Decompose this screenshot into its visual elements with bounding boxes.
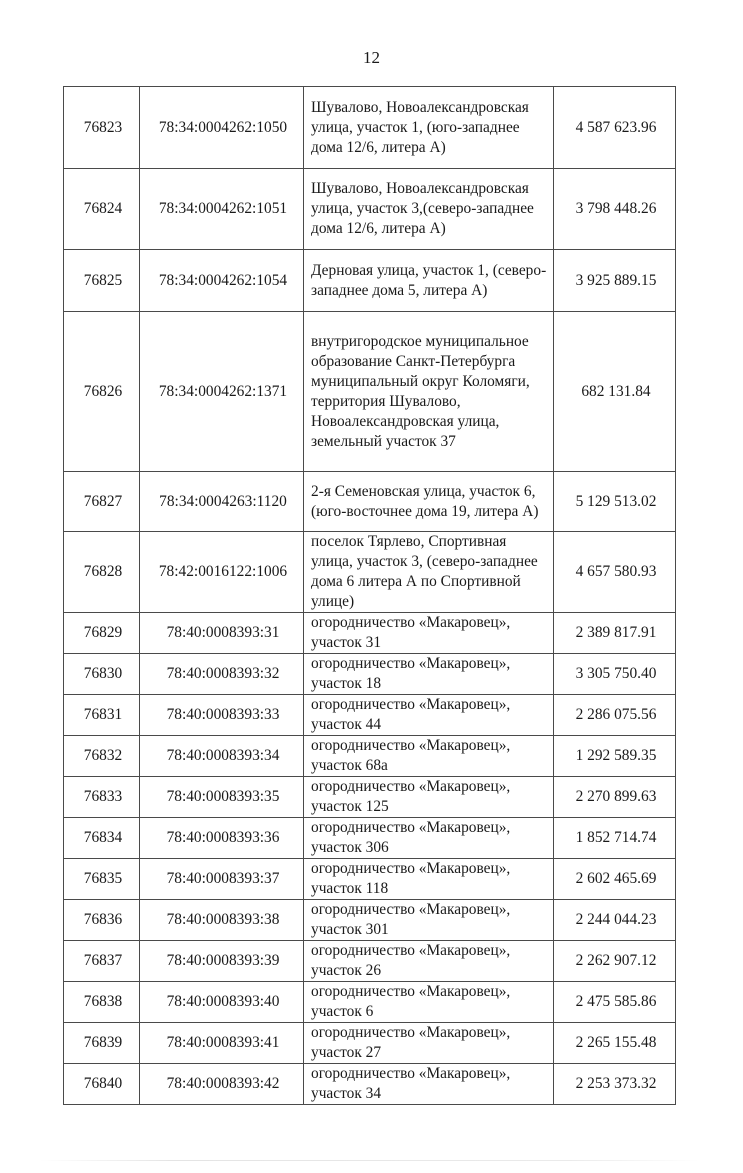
table-row: 7683678:40:0008393:38огородничество «Мак… <box>64 900 676 941</box>
table-row: 7683178:40:0008393:33огородничество «Мак… <box>64 695 676 736</box>
cadastral-number-cell: 78:34:0004262:1051 <box>140 169 304 250</box>
address-cell: огородничество «Макаровец», участок 26 <box>304 941 554 982</box>
cadastral-value-cell: 2 262 907.12 <box>554 941 676 982</box>
cadastral-number-cell: 78:40:0008393:34 <box>140 736 304 777</box>
address-cell: огородничество «Макаровец», участок 27 <box>304 1023 554 1064</box>
table-row: 7683578:40:0008393:37огородничество «Мак… <box>64 859 676 900</box>
cadastral-number-cell: 78:40:0008393:36 <box>140 818 304 859</box>
cadastral-value-cell: 2 286 075.56 <box>554 695 676 736</box>
cadastral-number-cell: 78:40:0008393:37 <box>140 859 304 900</box>
cadastral-value-cell: 2 602 465.69 <box>554 859 676 900</box>
address-cell: Шувалово, Новоалександровская улица, уча… <box>304 169 554 250</box>
table-row: 7683078:40:0008393:32огородничество «Мак… <box>64 654 676 695</box>
row-number-cell: 76836 <box>64 900 140 941</box>
table-row: 7683878:40:0008393:40огородничество «Мак… <box>64 982 676 1023</box>
cadastral-value-cell: 3 305 750.40 <box>554 654 676 695</box>
cadastral-value-cell: 2 270 899.63 <box>554 777 676 818</box>
cadastral-value-cell: 2 253 373.32 <box>554 1064 676 1105</box>
table-row: 7683478:40:0008393:36огородничество «Мак… <box>64 818 676 859</box>
address-cell: огородничество «Макаровец», участок 18 <box>304 654 554 695</box>
cadastral-number-cell: 78:34:0004262:1054 <box>140 250 304 312</box>
scan-artifact-line <box>40 1160 700 1161</box>
row-number-cell: 76839 <box>64 1023 140 1064</box>
table-row: 7682478:34:0004262:1051Шувалово, Новоале… <box>64 169 676 250</box>
address-cell: огородничество «Макаровец», участок 118 <box>304 859 554 900</box>
address-cell: 2-я Семеновская улица, участок 6, (юго-в… <box>304 472 554 532</box>
row-number-cell: 76827 <box>64 472 140 532</box>
table-row: 7682778:34:0004263:11202-я Семеновская у… <box>64 472 676 532</box>
cadastral-number-cell: 78:40:0008393:39 <box>140 941 304 982</box>
table-row: 7683278:40:0008393:34огородничество «Мак… <box>64 736 676 777</box>
row-number-cell: 76833 <box>64 777 140 818</box>
cadastral-value-cell: 4 657 580.93 <box>554 532 676 613</box>
table-row: 7684078:40:0008393:42огородничество «Мак… <box>64 1064 676 1105</box>
cadastral-number-cell: 78:40:0008393:38 <box>140 900 304 941</box>
cadastral-value-cell: 682 131.84 <box>554 312 676 472</box>
row-number-cell: 76834 <box>64 818 140 859</box>
cadastral-number-cell: 78:40:0008393:31 <box>140 613 304 654</box>
cadastral-value-cell: 2 475 585.86 <box>554 982 676 1023</box>
address-cell: Дерновая улица, участок 1, (северо-запад… <box>304 250 554 312</box>
cadastral-number-cell: 78:40:0008393:41 <box>140 1023 304 1064</box>
address-cell: поселок Тярлево, Спортивная улица, участ… <box>304 532 554 613</box>
cadastral-number-cell: 78:34:0004262:1050 <box>140 87 304 169</box>
address-cell: внутригородское муниципальное образовани… <box>304 312 554 472</box>
row-number-cell: 76840 <box>64 1064 140 1105</box>
row-number-cell: 76828 <box>64 532 140 613</box>
cadastral-value-cell: 2 244 044.23 <box>554 900 676 941</box>
cadastral-value-cell: 1 852 714.74 <box>554 818 676 859</box>
address-cell: Шувалово, Новоалександровская улица, уча… <box>304 87 554 169</box>
cadastral-number-cell: 78:40:0008393:35 <box>140 777 304 818</box>
row-number-cell: 76830 <box>64 654 140 695</box>
row-number-cell: 76825 <box>64 250 140 312</box>
cadastral-number-cell: 78:40:0008393:42 <box>140 1064 304 1105</box>
address-cell: огородничество «Макаровец», участок 301 <box>304 900 554 941</box>
table-row: 7683978:40:0008393:41огородничество «Мак… <box>64 1023 676 1064</box>
cadastral-value-cell: 2 389 817.91 <box>554 613 676 654</box>
address-cell: огородничество «Макаровец», участок 125 <box>304 777 554 818</box>
table-row: 7682678:34:0004262:1371внутригородское м… <box>64 312 676 472</box>
cadastral-number-cell: 78:40:0008393:32 <box>140 654 304 695</box>
address-cell: огородничество «Макаровец», участок 34 <box>304 1064 554 1105</box>
row-number-cell: 76831 <box>64 695 140 736</box>
table-row: 7682578:34:0004262:1054Дерновая улица, у… <box>64 250 676 312</box>
cadastral-value-cell: 4 587 623.96 <box>554 87 676 169</box>
cadastral-number-cell: 78:40:0008393:33 <box>140 695 304 736</box>
row-number-cell: 76837 <box>64 941 140 982</box>
table-row: 7683378:40:0008393:35огородничество «Мак… <box>64 777 676 818</box>
land-plot-table: 7682378:34:0004262:1050Шувалово, Новоале… <box>63 86 676 1105</box>
address-cell: огородничество «Макаровец», участок 68а <box>304 736 554 777</box>
table-row: 7682978:40:0008393:31огородничество «Мак… <box>64 613 676 654</box>
address-cell: огородничество «Макаровец», участок 306 <box>304 818 554 859</box>
row-number-cell: 76823 <box>64 87 140 169</box>
cadastral-value-cell: 3 925 889.15 <box>554 250 676 312</box>
row-number-cell: 76829 <box>64 613 140 654</box>
table-body: 7682378:34:0004262:1050Шувалово, Новоале… <box>64 87 676 1105</box>
cadastral-number-cell: 78:40:0008393:40 <box>140 982 304 1023</box>
address-cell: огородничество «Макаровец», участок 6 <box>304 982 554 1023</box>
cadastral-value-cell: 1 292 589.35 <box>554 736 676 777</box>
cadastral-number-cell: 78:34:0004263:1120 <box>140 472 304 532</box>
address-cell: огородничество «Макаровец», участок 44 <box>304 695 554 736</box>
row-number-cell: 76832 <box>64 736 140 777</box>
row-number-cell: 76838 <box>64 982 140 1023</box>
cadastral-number-cell: 78:42:0016122:1006 <box>140 532 304 613</box>
cadastral-value-cell: 2 265 155.48 <box>554 1023 676 1064</box>
table-row: 7682378:34:0004262:1050Шувалово, Новоале… <box>64 87 676 169</box>
cadastral-value-cell: 3 798 448.26 <box>554 169 676 250</box>
table-row: 7682878:42:0016122:1006поселок Тярлево, … <box>64 532 676 613</box>
page-number: 12 <box>0 48 743 68</box>
row-number-cell: 76824 <box>64 169 140 250</box>
row-number-cell: 76835 <box>64 859 140 900</box>
row-number-cell: 76826 <box>64 312 140 472</box>
address-cell: огородничество «Макаровец», участок 31 <box>304 613 554 654</box>
cadastral-number-cell: 78:34:0004262:1371 <box>140 312 304 472</box>
cadastral-value-cell: 5 129 513.02 <box>554 472 676 532</box>
table-row: 7683778:40:0008393:39огородничество «Мак… <box>64 941 676 982</box>
